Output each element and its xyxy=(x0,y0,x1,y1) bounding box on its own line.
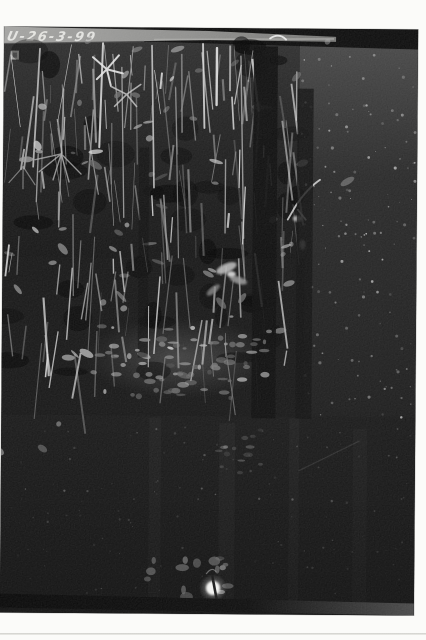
album-page-edge-line xyxy=(0,633,426,635)
film-grain xyxy=(0,26,418,615)
album-page: U-26-3-99 xyxy=(0,0,426,640)
photo-print: U-26-3-99 xyxy=(0,26,418,615)
jungle-scene-svg: U-26-3-99 xyxy=(0,26,418,615)
